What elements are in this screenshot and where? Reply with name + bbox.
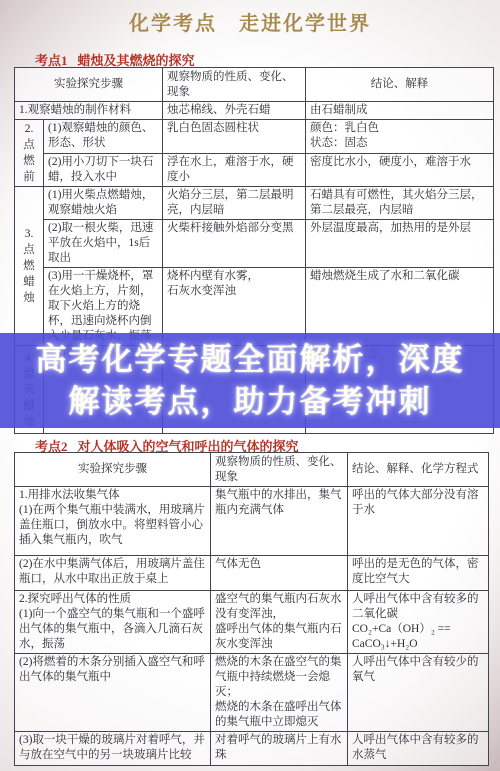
conclude-cell: 人呼出气体中含有较少的氧气 — [348, 654, 489, 732]
conclude-cell: 石蜡具有可燃性，其火焰分三层，第二层最亮，内层暗 — [306, 187, 494, 220]
table-row: 1.用排水法收集气体 (1)在两个集气瓶中装满水，用玻璃片盖住瓶口，倒放水中。将… — [15, 487, 489, 556]
conclude-cell: 由石蜡制成 — [306, 102, 494, 120]
table-row: 3. 点 燃 蜡 烛 (1)用火柴点燃蜡烛，观察蜡烛火焰 火焰分三层，第二层最明… — [15, 187, 494, 220]
col-header-steps: 实验探究步骤 — [15, 453, 211, 487]
conclude-cell: 密度比水小，硬度小，难溶于水 — [306, 153, 494, 187]
table-row: (3)取一块干燥的玻璃片对着呼气，并与放在空气中的另一块玻璃片比较 对着呼气的玻… — [15, 732, 489, 766]
table-row: (2)将燃着的木条分别插入盛空气和呼出气体的集气瓶中 燃烧的木条在盛空气的集气瓶… — [15, 654, 489, 732]
step-cell: 1.用排水法收集气体 (1)在两个集气瓶中装满水，用玻璃片盖住瓶口，倒放水中。将… — [15, 487, 211, 556]
group-label-lighting: 3. 点 燃 蜡 烛 — [15, 187, 44, 346]
promo-banner-overlay: 高考化学专题全面解析，深度 解读考点，助力备考冲刺 — [0, 333, 500, 428]
table-row: (2)取一根火柴，迅速平放在火焰中，1s后取出 火柴杆接触外焰部分变黑 外层温度… — [15, 220, 494, 268]
step-cell: (1)观察蜡烛的颜色、形态、形状 — [44, 120, 163, 154]
step-cell: 1.观察蜡烛的制作材料 — [15, 102, 163, 120]
col-header-observe: 观察物质的性质、变化、现象 — [211, 453, 348, 487]
table-header-row: 实验探究步骤 观察物质的性质、变化、现象 结论、解释 — [15, 68, 494, 102]
step-cell: (2)将燃着的木条分别插入盛空气和呼出气体的集气瓶中 — [15, 654, 211, 732]
group-label-before-lighting: 2. 点 燃 前 — [15, 120, 44, 187]
banner-text-line1: 高考化学专题全面解析，深度 — [36, 339, 465, 381]
step-cell: (1)用火柴点燃蜡烛，观察蜡烛火焰 — [44, 187, 163, 220]
section1-title: 蜡烛及其燃烧的探究 — [78, 53, 195, 68]
observe-cell: 火柴杆接触外焰部分变黑 — [163, 220, 306, 268]
section1-label: 考点1 — [35, 53, 68, 68]
step-cell: (2)在水中集满气体后，用玻璃片盖住瓶口，从水中取出正放于桌上 — [15, 556, 211, 591]
step-cell: (3)取一块干燥的玻璃片对着呼气，并与放在空气中的另一块玻璃片比较 — [15, 732, 211, 766]
observe-cell: 燃烧的木条在盛空气的集气瓶中持续燃烧一会熄灭； 燃烧的木条在盛呼出气体的集气瓶中… — [211, 654, 348, 732]
table-row: 2.探究呼出气体的性质 (1)向一个盛空气的集气瓶和一个盛呼出气体的集气瓶中，各… — [15, 591, 489, 654]
observe-cell: 盛空气的集气瓶内石灰水没有变浑浊， 盛呼出气体的集气瓶内石灰水变浑浊 — [211, 591, 348, 654]
observe-cell: 浮在水上，难溶于水，硬度小 — [163, 153, 306, 187]
banner-text-line2: 解读考点，助力备考冲刺 — [69, 381, 432, 423]
observe-cell: 对着呼气的玻璃片上有水珠 — [211, 732, 348, 766]
col-header-observe: 观察物质的性质、变化、现象 — [163, 68, 306, 102]
col-header-conclude: 结论、解释、化学方程式 — [348, 453, 489, 487]
table-row: 1.观察蜡烛的制作材料 烛芯棉线、外壳石蜡 由石蜡制成 — [15, 102, 494, 120]
table-header-row: 实验探究步骤 观察物质的性质、变化、现象 结论、解释、化学方程式 — [15, 453, 489, 487]
conclude-cell: 颜色：乳白色 状态：固态 — [306, 120, 494, 154]
conclude-cell: 人呼出气体中含有较多的水蒸气 — [348, 732, 489, 766]
step-cell: 2.探究呼出气体的性质 (1)向一个盛空气的集气瓶和一个盛呼出气体的集气瓶中，各… — [15, 591, 211, 654]
step-cell: (2)取一根火柴，迅速平放在火焰中，1s后取出 — [44, 220, 163, 268]
conclude-cell: 人呼出气体中含有较多的二氧化碳 CO₂+Ca（OH）₂ == CaCO₃↓+H₂… — [348, 591, 489, 654]
col-header-steps: 实验探究步骤 — [15, 68, 163, 102]
breath-air-experiment-table: 实验探究步骤 观察物质的性质、变化、现象 结论、解释、化学方程式 1.用排水法收… — [14, 452, 489, 766]
observe-cell: 集气瓶中的水排出，集气瓶内充满气体 — [211, 487, 348, 556]
table-row: (2)用小刀切下一块石蜡，投入水中 浮在水上，难溶于水，硬度小 密度比水小，硬度… — [15, 153, 494, 187]
table-row: 2. 点 燃 前 (1)观察蜡烛的颜色、形态、形状 乳白色固态圆柱状 颜色：乳白… — [15, 120, 494, 154]
conclude-cell: 外层温度最高，加热用的是外层 — [306, 220, 494, 268]
conclude-cell: 呼出的气体大部分没有溶于水 — [348, 487, 489, 556]
col-header-conclude: 结论、解释 — [306, 68, 494, 102]
conclude-cell: 呼出的是无色的气体，密度比空气大 — [348, 556, 489, 591]
step-cell: (2)用小刀切下一块石蜡，投入水中 — [44, 153, 163, 187]
observe-cell: 乳白色固态圆柱状 — [163, 120, 306, 154]
table-row: (2)在水中集满气体后，用玻璃片盖住瓶口，从水中取出正放于桌上 气体无色 呼出的… — [15, 556, 489, 591]
observe-cell: 火焰分三层，第二层最明亮，内层暗 — [163, 187, 306, 220]
page-title: 化学考点 走进化学世界 — [0, 7, 500, 36]
observe-cell: 气体无色 — [211, 556, 348, 591]
observe-cell: 烛芯棉线、外壳石蜡 — [163, 102, 306, 120]
